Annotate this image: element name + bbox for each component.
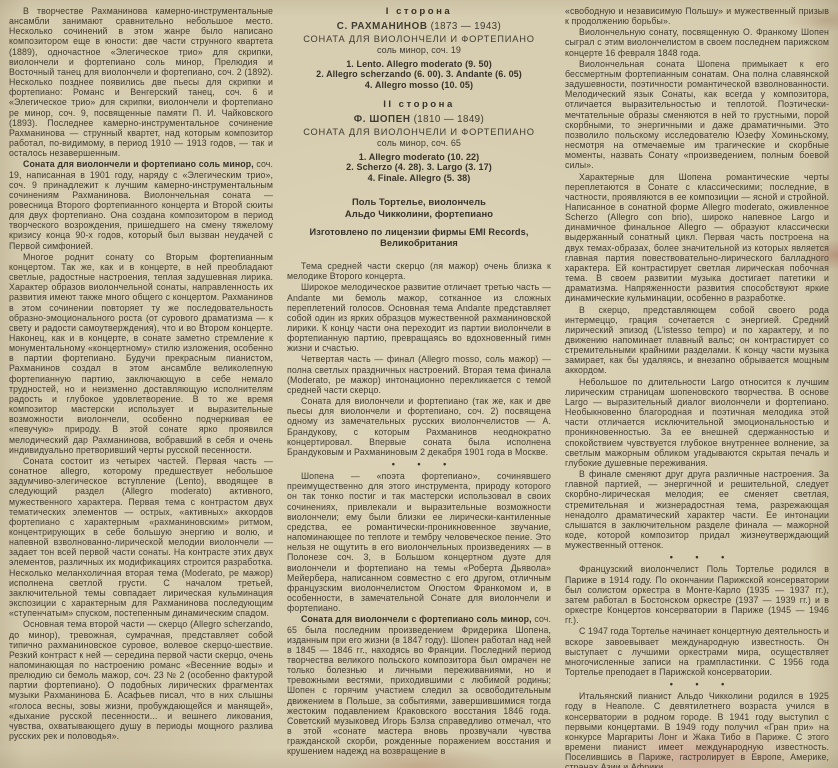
paragraph-text: соч. 65 была последним произведением Фри…: [287, 614, 551, 756]
paragraph-text: соч. 19, написанная в 1901 году, наряду …: [9, 159, 273, 250]
paragraph-sonata-op65: Соната для виолончели с фортепиано соль …: [287, 614, 551, 756]
paragraph-scherzo-intermezzo: В скерцо, представляющем собой своего ро…: [565, 305, 829, 376]
work-1-movement-line-2: 2. Allegro scherzando (6. 00). 3. Andant…: [287, 69, 551, 80]
work-1-key: соль минор, соч. 19: [287, 45, 551, 55]
paragraph-scherzo-middle-theme: Тема средней части скерцо (ля мажор) оче…: [287, 261, 551, 281]
paragraph-classical-form: Характерные для Шопена романтические чер…: [565, 172, 829, 304]
work-2-movement-line-3: 4. Finale. Allegro (5. 38): [287, 173, 551, 184]
column-middle: I сторона С. РАХМАНИНОВ (1873 — 1943) СО…: [287, 6, 551, 768]
paragraph-poland-continuation: «свободную и независимую Польшу» и мужес…: [565, 6, 829, 26]
paragraph-sonata-character: Виолончельная соната Шопена примыкает к …: [565, 59, 829, 171]
work-2-movement-line-1: 1. Allegro moderato (10. 22): [287, 152, 551, 163]
performer-cellist: Поль Тортелье, виолончель: [287, 196, 551, 208]
paragraph-second-concerto-kinship: Многое роднит сонату со Вторым фортепиан…: [9, 252, 273, 455]
paragraph-chopin-cello-affinity: Шопена — «поэта фортепиано», сочинявшего…: [287, 471, 551, 613]
paragraph-four-movements: Соната состоит из четырех частей. Первая…: [9, 456, 273, 619]
paragraph-largo: Небольшое по длительности Largo относитс…: [565, 377, 829, 468]
section-separator: • • •: [575, 552, 829, 562]
record-liner-notes-page: В творчестве Рахманинова камерно-инструм…: [0, 0, 838, 768]
composer-1-years: (1873 — 1943): [431, 21, 502, 32]
side-1-label: I сторона: [287, 7, 551, 17]
paragraph-andante: Широкое мелодическое развитие отличает т…: [287, 282, 551, 353]
paragraph-sonata-op19: Соната для виолончели и фортепиано соль …: [9, 159, 273, 250]
paragraph-rachmaninov-chamber-works: В творчестве Рахманинова камерно-инструм…: [9, 6, 273, 158]
license-line-1: Изготовлено по лицензии фирмы EMI Record…: [287, 227, 551, 238]
composer-2-years: (1810 — 1849): [414, 114, 485, 125]
column-right: «свободную и независимую Польшу» и мужес…: [565, 6, 829, 768]
work-2-key: соль минор, соч. 65: [287, 138, 551, 148]
work-1-title: СОНАТА ДЛЯ ВИОЛОНЧЕЛИ И ФОРТЕПИАНО: [287, 34, 551, 44]
composer-2-name: Ф. ШОПЕН: [354, 114, 411, 125]
work-1-movement-line-1: 1. Lento. Allegro moderato (9. 50): [287, 59, 551, 70]
paragraph-finale: Четвертая часть — финал (Allegro mosso, …: [287, 354, 551, 395]
performers-block: Поль Тортелье, виолончель Альдо Чикколин…: [287, 196, 551, 219]
bold-lead-sonata-op19: Соната для виолончели и фортепиано соль …: [23, 159, 254, 169]
license-line-2: Великобритания: [287, 238, 551, 249]
composer-1-name: С. РАХМАНИНОВ: [337, 21, 428, 32]
paragraph-franchomme-premiere: Виолончельную сонату, посвященную О. Фра…: [565, 27, 829, 57]
composer-1-line: С. РАХМАНИНОВ (1873 — 1943): [287, 22, 551, 32]
section-separator: • • •: [575, 679, 829, 689]
composer-2-line: Ф. ШОПЕН (1810 — 1849): [287, 115, 551, 125]
section-separator: • • •: [297, 459, 551, 469]
three-column-layout: В творчестве Рахманинова камерно-инструм…: [0, 0, 838, 768]
work-2-movement-line-2: 2. Scherzo (4. 28). 3. Largo (3. 17): [287, 162, 551, 173]
paragraph-dedication-brandukov: Соната для виолончели и фортепиано (так …: [287, 396, 551, 457]
paragraph-scherzo-theme: Основная тема второй части — скерцо (All…: [9, 619, 273, 741]
paragraph-ciccolini-bio: Итальянский пианист Альдо Чикколини роди…: [565, 691, 829, 768]
license-notice: Изготовлено по лицензии фирмы EMI Record…: [287, 227, 551, 249]
performer-pianist: Альдо Чикколини, фортепиано: [287, 208, 551, 220]
work-1-movement-line-3: 4. Allegro mosso (10. 05): [287, 80, 551, 91]
column-left: В творчестве Рахманинова камерно-инструм…: [9, 6, 273, 768]
side-2-label: II сторона: [287, 100, 551, 110]
paragraph-tortelier-career: С 1947 года Тортелье начинает концертную…: [565, 626, 829, 677]
tracklist-header: I сторона С. РАХМАНИНОВ (1873 — 1943) СО…: [287, 7, 551, 249]
paragraph-tortelier-bio: Французский виолончелист Поль Тортелье р…: [565, 564, 829, 625]
work-2-title: СОНАТА ДЛЯ ВИОЛОНЧЕЛИ И ФОРТЕПИАНО: [287, 127, 551, 137]
paragraph-finale-moods: В финале сменяют друг друга различные на…: [565, 469, 829, 550]
bold-lead-sonata-op65: Соната для виолончели с фортепиано соль …: [301, 614, 532, 624]
